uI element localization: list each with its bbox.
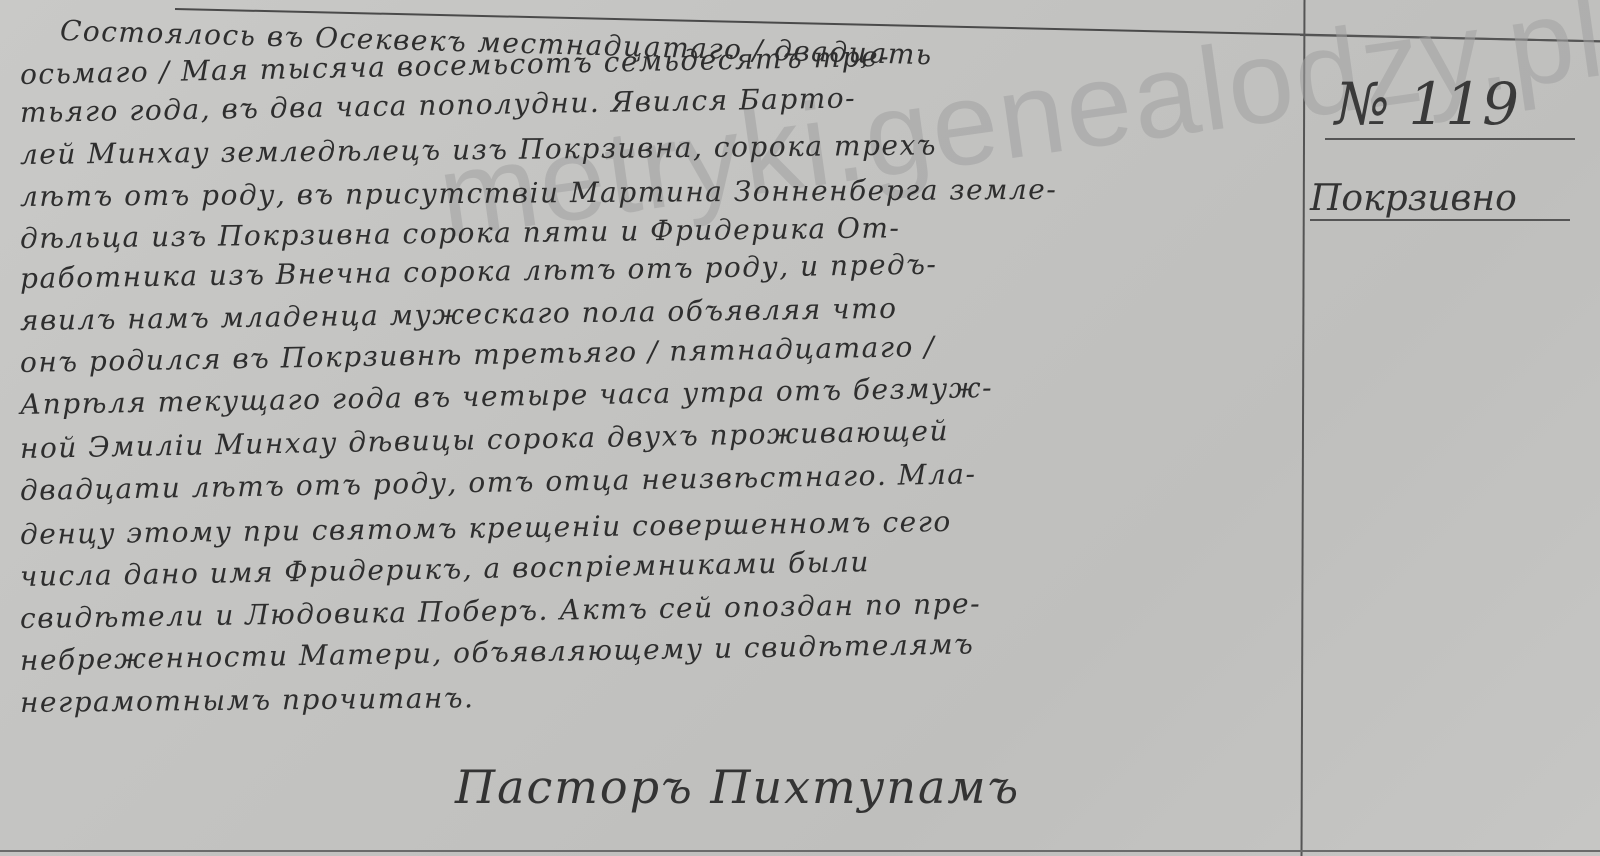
text-line: числа дано имя Фридерикъ, а воспрiемника…: [20, 545, 870, 593]
text-line: Апрѣля текущаго года въ четыре часа утра…: [20, 371, 994, 421]
document-page: metryki.genealodzy.pl Состоялось въ Осек…: [0, 0, 1600, 856]
text-line: неграмотнымъ прочитанъ.: [20, 681, 475, 719]
text-line: ной Эмилiи Минхау дѣвицы сорока двухъ пр…: [20, 414, 950, 465]
text-line: двадцати лѣтъ отъ роду, отъ отца неизвѣс…: [20, 457, 977, 507]
text-line: лѣтъ отъ роду, въ присутствiи Мартина Зо…: [20, 173, 1058, 213]
margin-village-name: Покрзивно: [1310, 178, 1570, 221]
text-line: тьяго года, въ два часа пополудни. Явилс…: [20, 81, 857, 129]
text-line: лей Минхау земледѣлецъ изъ Покрзивна, со…: [20, 128, 937, 171]
margin-divider: [1301, 0, 1306, 856]
text-line: дѣльца изъ Покрзивна сорока пяти и Фриде…: [20, 211, 901, 255]
pastor-signature: Пасторъ Пихтупамъ: [455, 760, 1020, 814]
text-line: денцу этому при святомъ крещенiи соверше…: [20, 505, 952, 551]
text-line: работника изъ Внечна сорока лѣтъ отъ род…: [20, 248, 938, 295]
record-number: № 119: [1325, 70, 1575, 140]
bottom-rule: [0, 850, 1600, 852]
text-line: онъ родился въ Покрзивнѣ третьяго / пятн…: [20, 330, 936, 379]
text-line: свидѣтели и Людовика Поберъ. Актъ сей оп…: [20, 587, 982, 635]
margin-top-rule: [1300, 34, 1600, 42]
text-line: явилъ намъ младенца мужескаго пола объяв…: [20, 292, 898, 337]
text-line: небреженности Матери, объявляющему и сви…: [20, 627, 975, 677]
